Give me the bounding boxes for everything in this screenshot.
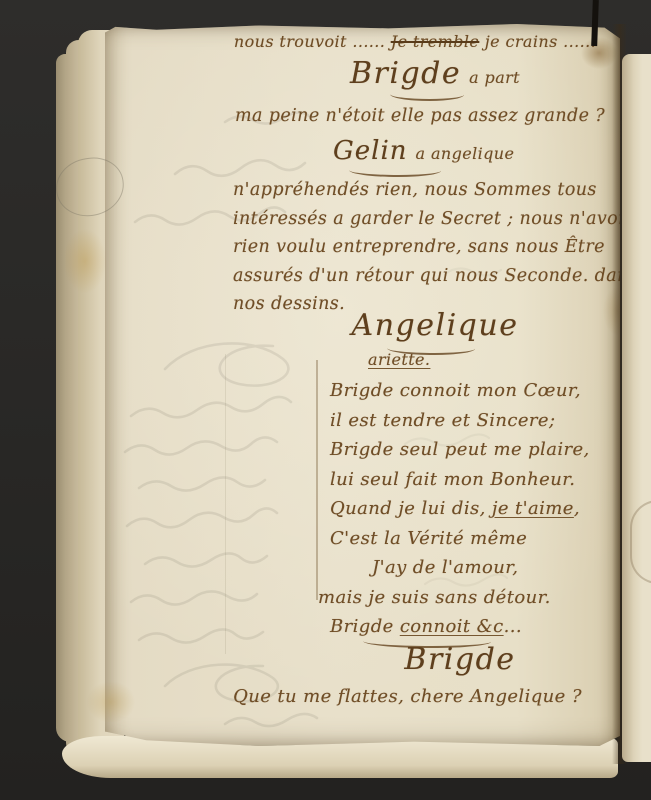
facing-page-edge — [622, 54, 651, 762]
manuscript-photo: nous trouvoit ...... Je tremble je crain… — [0, 0, 651, 800]
page-edge-shading — [105, 24, 620, 746]
manuscript-page: nous trouvoit ...... Je tremble je crain… — [105, 24, 620, 746]
